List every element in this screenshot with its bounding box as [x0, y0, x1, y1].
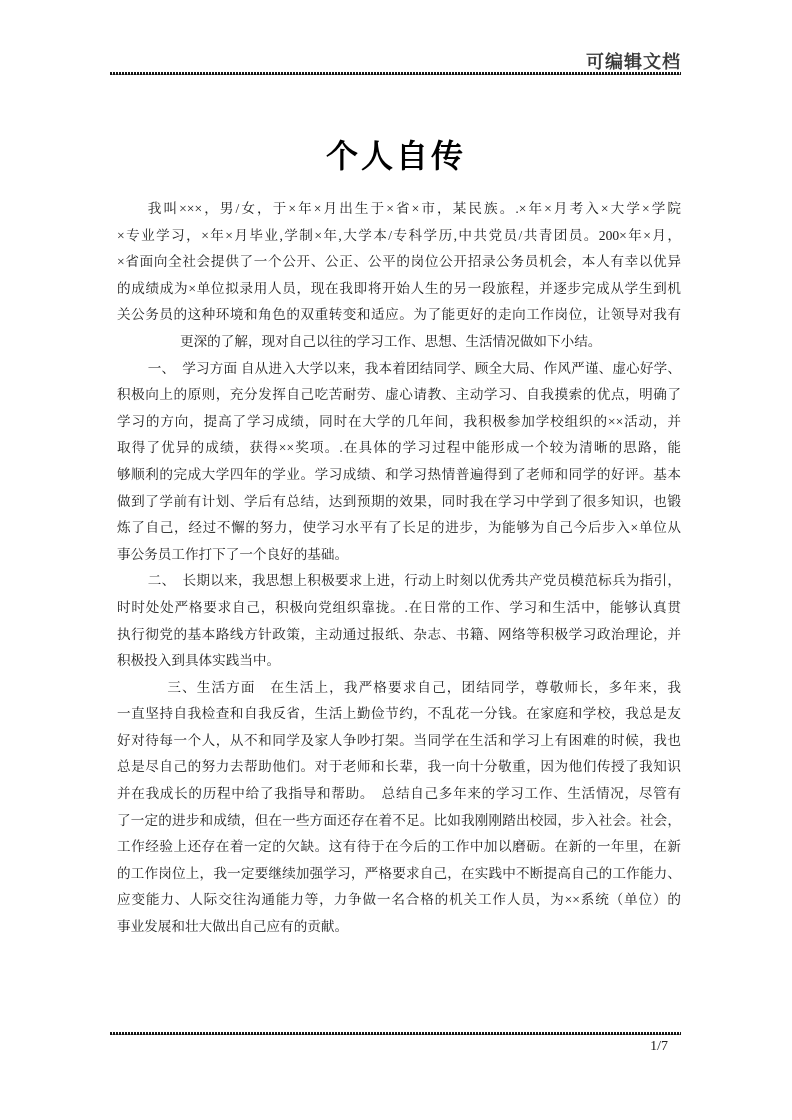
body-line: 积极向上的原则，充分发挥自己吃苦耐劳、虚心请教、主动学习、自我摸索的优点，明确了: [117, 382, 681, 409]
body-line: ×省面向全社会提供了一个公开、公正、公平的岗位公开招录公务员机会，本人有幸以优异: [117, 249, 681, 276]
header-rule: [110, 72, 681, 75]
paragraph: 我叫×××，男/女，于×年×月出生于×省×市，某民族。.×年×月考入×大学×学院…: [117, 196, 681, 356]
body-line: 三、生活方面 在生活上，我严格要求自己，团结同学，尊敬师长，多年来，我: [117, 675, 681, 702]
body-line: 的工作岗位上，我一定要继续加强学习，严格要求自己，在实践中不断提高自己的工作能力…: [117, 861, 681, 888]
body-line: 积极投入到具体实践当中。: [117, 648, 681, 675]
paragraph: 二、 长期以来，我思想上积极要求上进，行动上时刻以优秀共产党员模范标兵为指引，时…: [117, 568, 681, 674]
body-line: 关公务员的这种环境和角色的双重转变和适应。为了能更好的走向工作岗位，让领导对我有: [117, 302, 681, 329]
document-body: 我叫×××，男/女，于×年×月出生于×省×市，某民族。.×年×月考入×大学×学院…: [117, 196, 681, 941]
body-line: 够顺利的完成大学四年的学业。学习成绩、和学习热情普遍得到了老师和同学的好评。基本: [117, 462, 681, 489]
body-line: 炼了自己，经过不懈的努力，使学习水平有了长足的进步，为能够为自己今后步入×单位从: [117, 515, 681, 542]
paragraph: 三、生活方面 在生活上，我严格要求自己，团结同学，尊敬师长，多年来，我一直坚持自…: [117, 675, 681, 941]
footer-rule: [110, 1032, 681, 1035]
body-line: 并在我成长的历程中给了我指导和帮助。 总结自己多年来的学习工作、生活情况，尽管有: [117, 781, 681, 808]
body-line: 取得了优异的成绩，获得××奖项。.在具体的学习过程中能形成一个较为清晰的思路，能: [117, 435, 681, 462]
body-line: 时时处处严格要求自己，积极向党组织靠拢。.在日常的工作、学习和生活中，能够认真贯: [117, 595, 681, 622]
body-line: 应变能力、人际交往沟通能力等，力争做一名合格的机关工作人员，为××系统（单位）的: [117, 887, 681, 914]
header-watermark-label: 可编辑文档: [586, 48, 681, 74]
body-line: 总是尽自己的努力去帮助他们。对于老师和长辈，我一向十分敬重，因为他们传授了我知识: [117, 754, 681, 781]
body-line: 事公务员工作打下了一个良好的基础。: [117, 542, 681, 569]
body-line: 事业发展和壮大做出自己应有的贡献。: [117, 914, 681, 941]
body-line: 了一定的进步和成绩，但在一些方面还存在着不足。比如我刚刚踏出校园，步入社会。社会…: [117, 808, 681, 835]
document-title: 个人自传: [0, 131, 792, 177]
document-page: 可编辑文档 个人自传 我叫×××，男/女，于×年×月出生于×省×市，某民族。.×…: [0, 0, 792, 1120]
body-line: ×专业学习，×年×月毕业,学制×年,大学本/专科学历,中共党员/共青团员。200…: [117, 223, 681, 250]
body-line: 好对待每一个人，从不和同学及家人争吵打架。当同学在生活和学习上有困难的时候，我也: [117, 728, 681, 755]
body-line: 一直坚持自我检查和自我反省，生活上勤俭节约，不乱花一分钱。在家庭和学校，我总是友: [117, 701, 681, 728]
body-line: 二、 长期以来，我思想上积极要求上进，行动上时刻以优秀共产党员模范标兵为指引，: [117, 568, 681, 595]
body-line: 我叫×××，男/女，于×年×月出生于×省×市，某民族。.×年×月考入×大学×学院: [117, 196, 681, 223]
body-line: 一、 学习方面 自从进入大学以来，我本着团结同学、顾全大局、作风严谨、虚心好学、: [117, 356, 681, 383]
body-line: 执行彻党的基本路线方针政策，主动通过报纸、杂志、书籍、网络等积极学习政治理论，并: [117, 622, 681, 649]
page-number: 1/7: [650, 1039, 668, 1055]
paragraph: 一、 学习方面 自从进入大学以来，我本着团结同学、顾全大局、作风严谨、虚心好学、…: [117, 356, 681, 569]
body-line: 做到了学前有计划、学后有总结，达到预期的效果，同时我在学习中学到了很多知识，也锻: [117, 489, 681, 516]
body-line: 的成绩成为×单位拟录用人员，现在我即将开始人生的另一段旅程，并逐步完成从学生到机: [117, 276, 681, 303]
body-line: 学习的方向，提高了学习成绩，同时在大学的几年间，我积极参加学校组织的××活动，并: [117, 409, 681, 436]
body-line: 工作经验上还存在着一定的欠缺。这有待于在今后的工作中加以磨砺。在新的一年里，在新: [117, 834, 681, 861]
body-line: 更深的了解，现对自己以往的学习工作、思想、生活情况做如下小结。: [117, 329, 681, 356]
